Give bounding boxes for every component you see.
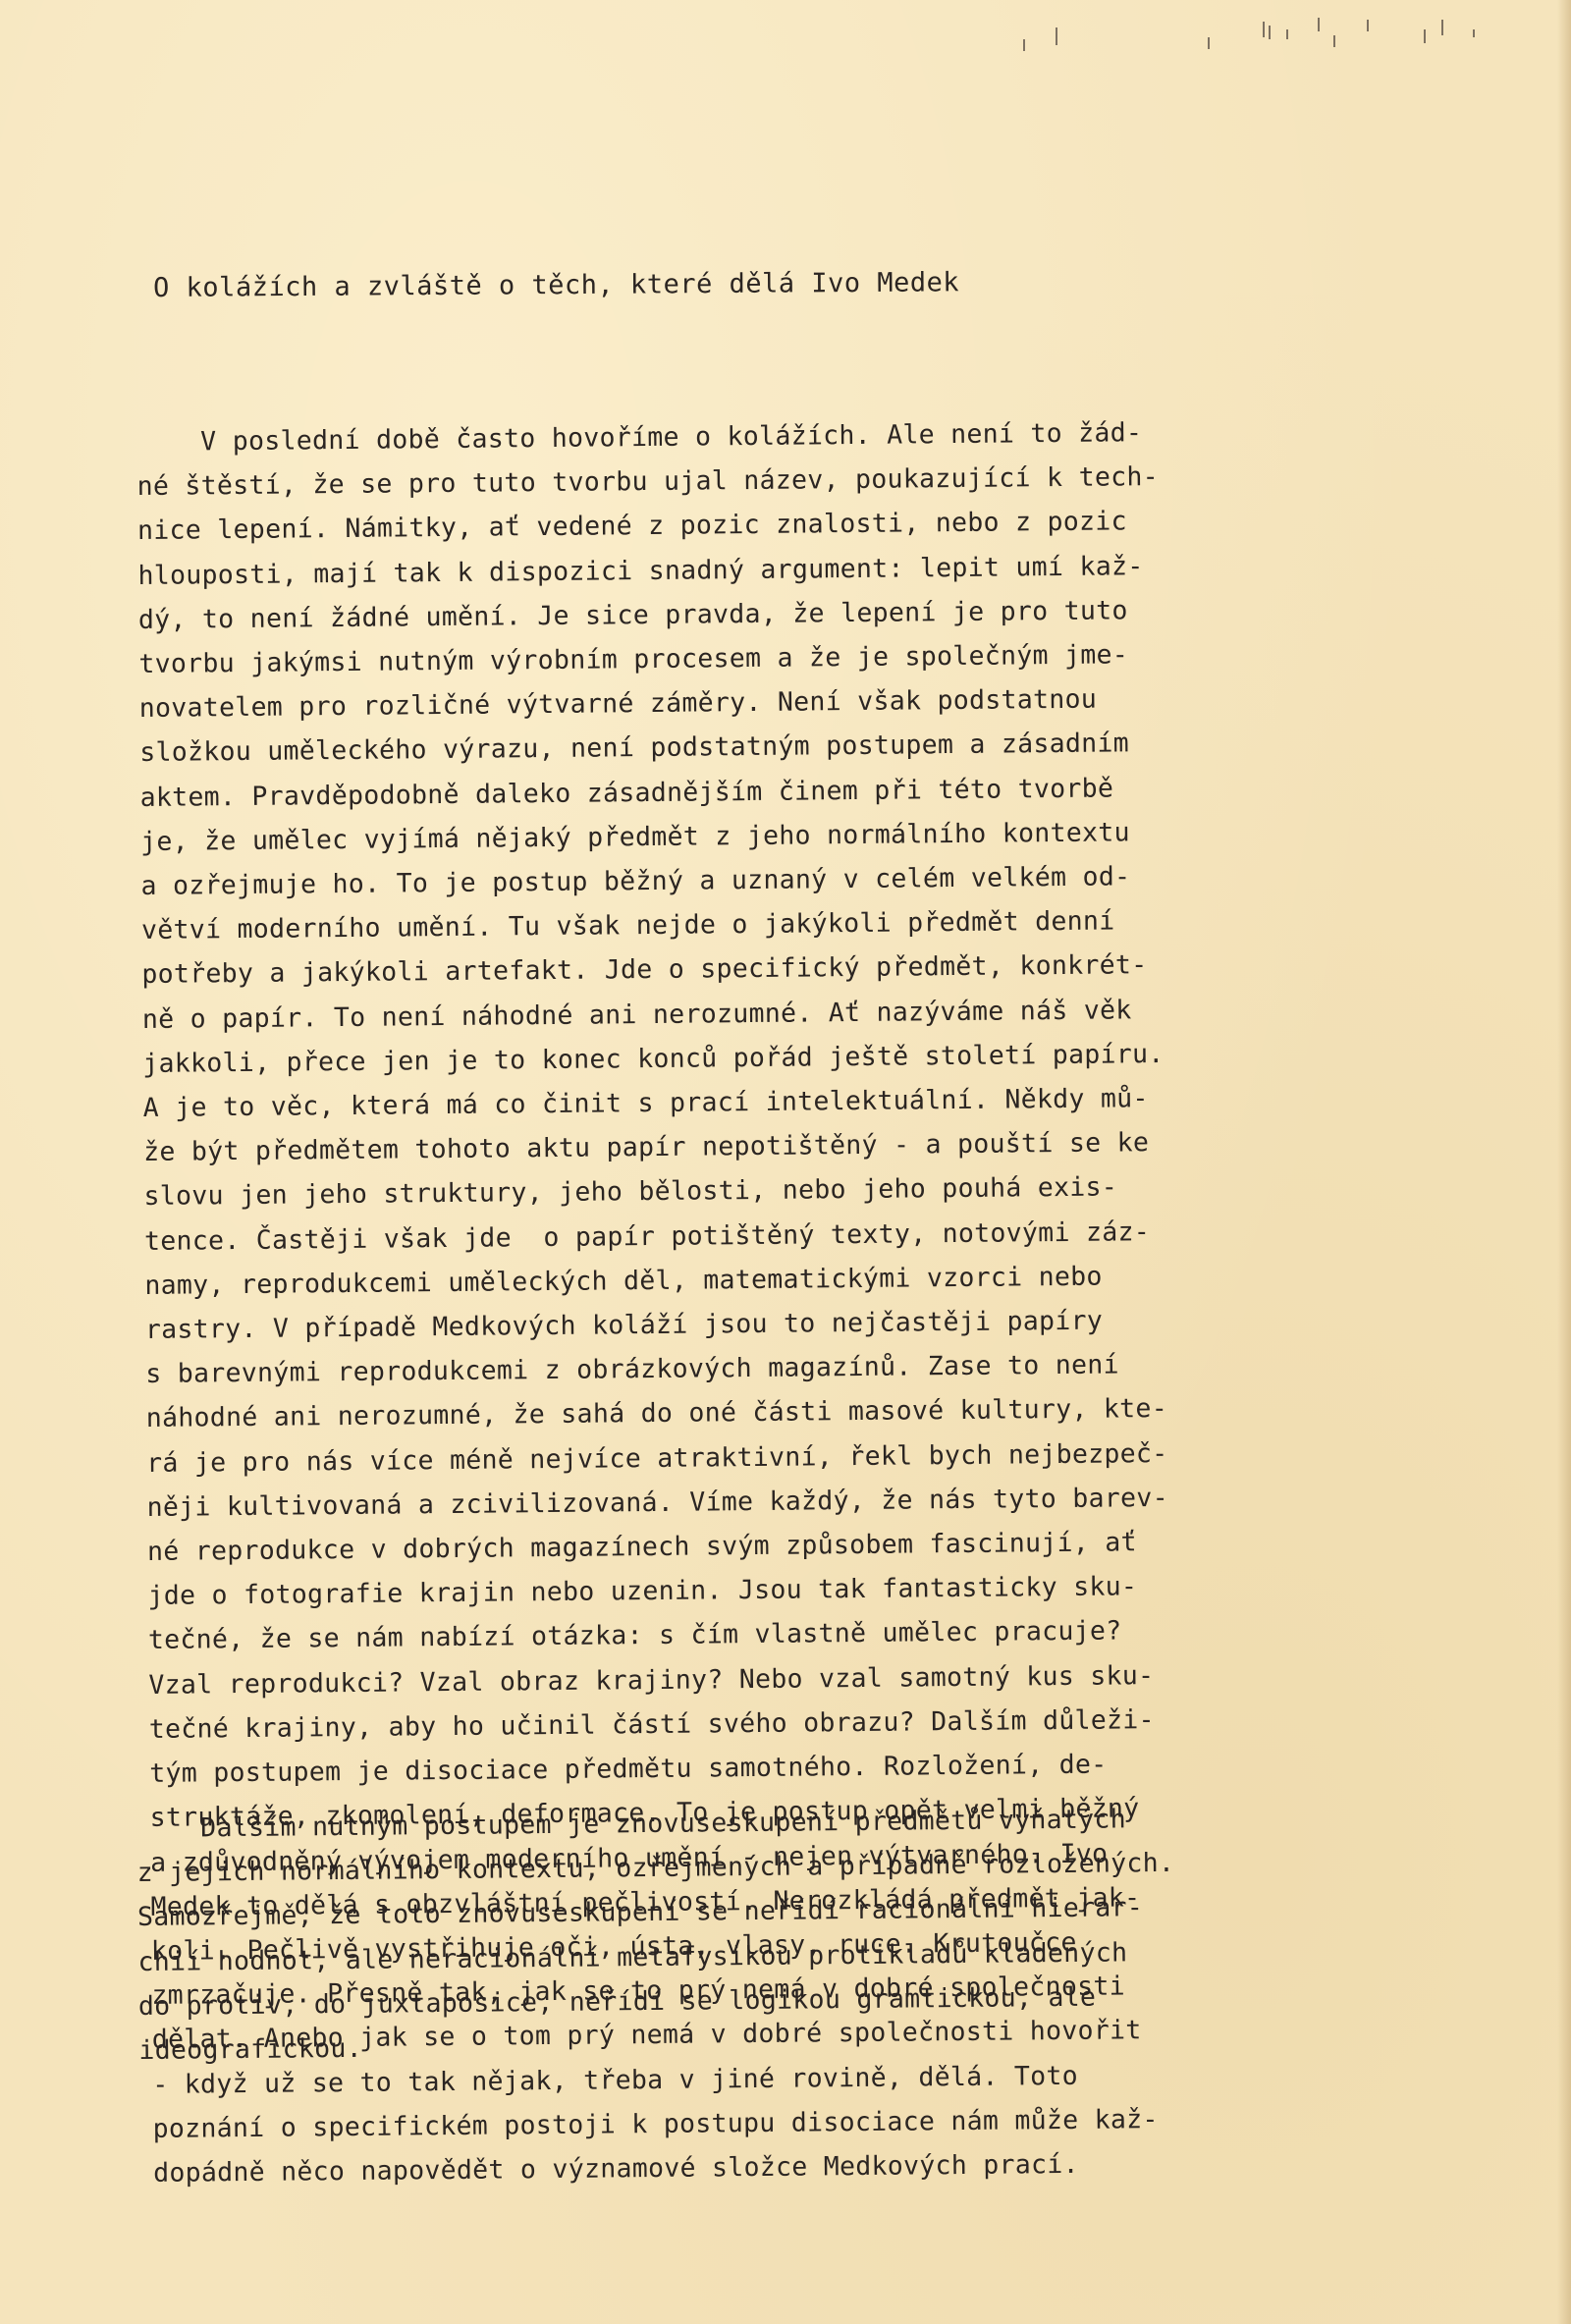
typewriter-test-marks: [1060, 18, 1551, 57]
paragraph-2: Dalším nutným postupem je znovuseskupení…: [136, 1793, 1534, 2073]
paper-edge-shadow: [1557, 0, 1571, 2324]
document-title: O kolážích a zvláště o těch, které dělá …: [153, 267, 959, 303]
